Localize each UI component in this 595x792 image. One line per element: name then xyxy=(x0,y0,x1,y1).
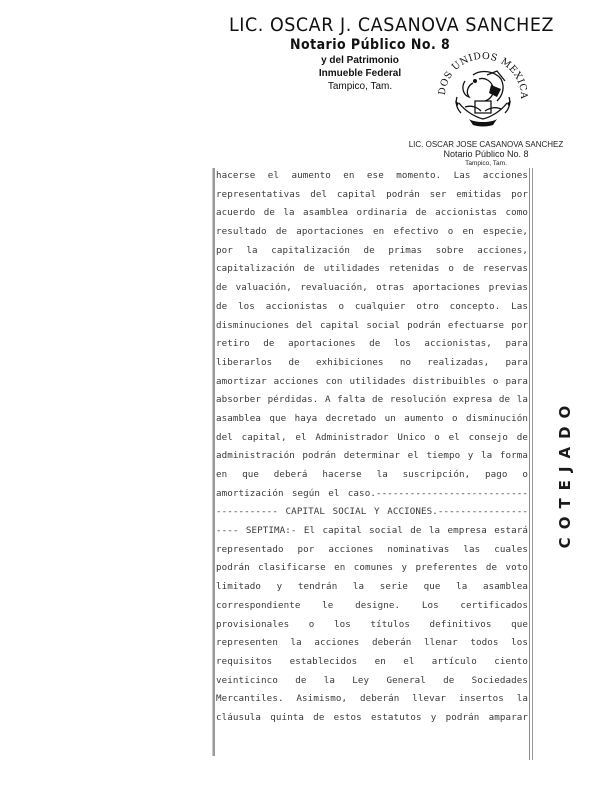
cotejado-stamp: COTEJADO xyxy=(545,373,585,573)
body-line: acuerdo de la asamblea ordinaria de acci… xyxy=(216,204,528,223)
signature-title: Notario Público No. 8 xyxy=(398,149,574,159)
right-margin-border xyxy=(529,168,530,760)
notary-city: Tampico, Tam. xyxy=(300,81,420,92)
mexican-coat-of-arms-icon: ESTADOS UNIDOS MEXICANOS xyxy=(435,41,531,137)
body-line: por la capitalización de primas sobre ac… xyxy=(216,242,528,261)
stamp-text: COTEJADO xyxy=(556,398,574,549)
body-line: representen la acciones deberán llenar t… xyxy=(216,634,528,653)
body-line: veinticinco de la Ley General de Socieda… xyxy=(216,672,528,691)
body-line: ----------- CAPITAL SOCIAL Y ACCIONES.--… xyxy=(216,503,528,522)
body-line: liberarlos de exhibiciones no realizadas… xyxy=(216,354,528,373)
right-margin-border-inner xyxy=(532,168,533,760)
signature-city: Tampico, Tam. xyxy=(398,160,574,167)
body-line: resultado de aportaciones en efectivo o … xyxy=(216,223,528,242)
left-margin-border xyxy=(212,168,215,756)
body-line: amortización según el caso.-------------… xyxy=(216,485,528,504)
body-line: hacerse el aumento en ese momento. Las a… xyxy=(216,167,528,186)
body-line: de los accionistas o cualquier otro conc… xyxy=(216,298,528,317)
svg-text:ESTADOS UNIDOS MEXICANOS: ESTADOS UNIDOS MEXICANOS xyxy=(435,41,529,100)
body-line: limitado y tendrán la serie que la asamb… xyxy=(216,578,528,597)
body-line: de valuación, revaluación, otras aportac… xyxy=(216,279,528,298)
body-line: asamblea que haya decretado un aumento o… xyxy=(216,410,528,429)
body-line: cláusula quinta de estos estatutos y pod… xyxy=(216,709,528,728)
body-line: requisitos establecidos en el artículo c… xyxy=(216,653,528,672)
notary-line-2: Inmueble Federal xyxy=(300,68,420,79)
notary-line-1: y del Patrimonio xyxy=(300,55,420,66)
body-line: Mercantiles. Asimismo, deberán llevar in… xyxy=(216,690,528,709)
body-line: administración podrán determinar el tiem… xyxy=(216,447,528,466)
body-line: amortizar acciones con utilidades distri… xyxy=(216,373,528,392)
body-line: absorber pérdidas. A falta de resolución… xyxy=(216,391,528,410)
seal-text: ESTADOS UNIDOS MEXICANOS xyxy=(435,41,529,100)
notary-name: LIC. OSCAR J. CASANOVA SANCHEZ xyxy=(229,14,465,36)
body-line: podrán clasificarse en comunes y prefere… xyxy=(216,559,528,578)
body-line: capitalización de utilidades retenidas o… xyxy=(216,260,528,279)
body-line: del capital, el Administrador Unico o el… xyxy=(216,429,528,448)
body-line: correspondiente le designe. Los certific… xyxy=(216,597,528,616)
body-line: provisionales o los títulos definitivos … xyxy=(216,616,528,635)
body-line: en que deberá hacerse la suscripción, pa… xyxy=(216,466,528,485)
signature-name: LIC. OSCAR JOSE CASANOVA SANCHEZ xyxy=(398,140,574,149)
notary-title: Notario Público No. 8 xyxy=(290,37,450,53)
body-line: representativas del capital podrán ser e… xyxy=(216,186,528,205)
body-line: disminuciones del capital social podrán … xyxy=(216,317,528,336)
document-body: hacerse el aumento en ese momento. Las a… xyxy=(216,167,528,728)
body-line: retiro de aportaciones de los accionista… xyxy=(216,335,528,354)
body-line: representado por acciones nominativas la… xyxy=(216,541,528,560)
body-line: ---- SEPTIMA:- El capital social de la e… xyxy=(216,522,528,541)
